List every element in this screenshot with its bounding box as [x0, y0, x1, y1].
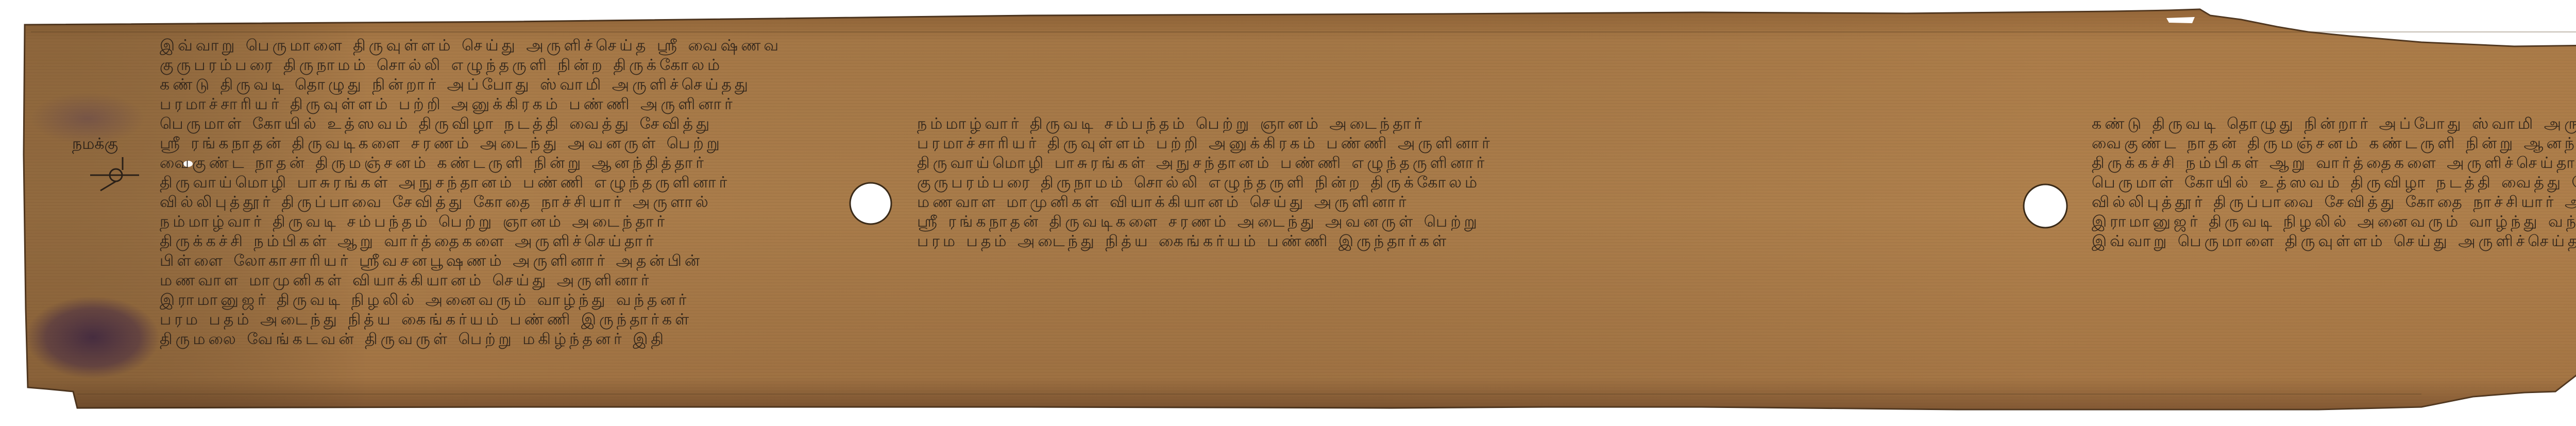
text-line: பரமாச்சாரியர் திருவுள்ளம் பற்றி அனுக்கிர…	[160, 95, 2576, 114]
text-line: இராமானுஜர் திருவடி நிழலில் அனைவரும் வாழ்…	[2092, 212, 2576, 232]
text-line: இராமானுஜர் திருவடி நிழலில் அனைவரும் வாழ்…	[160, 291, 2576, 310]
text-line: பரம பதம் அடைந்து நித்ய கைங்கர்யம் பண்ணி …	[917, 232, 1999, 251]
text-line: பெருமாள் கோயில் உத்ஸவம் திருவிழா நடத்தி …	[160, 114, 829, 134]
text-line: வில்லிபுத்தூர் திருப்பாவை சேவித்து கோதை …	[160, 193, 829, 212]
text-line: பரமாச்சாரியர் திருவுள்ளம் பற்றி அனுக்கிர…	[917, 134, 1999, 154]
binding-hole-right	[2024, 184, 2067, 228]
binding-hole-left	[850, 183, 891, 224]
text-line: குருபரம்பரை திருநாமம் சொல்லி எழுந்தருளி …	[160, 56, 2576, 75]
text-line: வைகுண்ட நாதன் திருமஞ்சனம் கண்டருளி நின்ற…	[160, 154, 829, 173]
text-line: பிள்ளை லோகாசாரியர் ஸ்ரீவசனபூஷணம் அருளினா…	[160, 251, 2576, 271]
text-line: நம்மாழ்வார் திருவடி சம்பந்தம் பெற்று ஞான…	[160, 212, 829, 232]
text-line: பரம பதம் அடைந்து நித்ய கைங்கர்யம் பண்ணி …	[160, 310, 2576, 330]
left-margin-note: நமக்கு	[72, 135, 118, 155]
text-line: நம்மாழ்வார் திருவடி சம்பந்தம் பெற்று ஞான…	[917, 114, 1999, 134]
text-line: திருவாய்மொழி பாசுரங்கள் அநுசந்தானம் பண்ண…	[160, 173, 829, 193]
text-line: வில்லிபுத்தூர் திருப்பாவை சேவித்து கோதை …	[2092, 193, 2576, 212]
text-line: வைகுண்ட நாதன் திருமஞ்சனம் கண்டருளி நின்ற…	[2092, 134, 2576, 154]
text-line: கண்டு திருவடி தொழுது நின்றார் அப்போது ஸ்…	[2092, 114, 2576, 134]
text-line: திருவாய்மொழி பாசுரங்கள் அநுசந்தானம் பண்ண…	[917, 154, 1999, 173]
manuscript-scan: இவ்வாறு பெருமாளை திருவுள்ளம் செய்து அருள…	[0, 0, 2576, 426]
text-line: திருக்கச்சி நம்பிகள் ஆறு வார்த்தைகளை அரு…	[160, 232, 829, 251]
text-line: பெருமாள் கோயில் உத்ஸவம் திருவிழா நடத்தி …	[2092, 173, 2576, 193]
text-line: மணவாள மாமுனிகள் வியாக்கியானம் செய்து அரு…	[917, 193, 1999, 212]
text-line: ஸ்ரீ ரங்கநாதன் திருவடிகளை சரணம் அடைந்து …	[917, 212, 1999, 232]
text-line: குருபரம்பரை திருநாமம் சொல்லி எழுந்தருளி …	[917, 173, 1999, 193]
text-line: மணவாள மாமுனிகள் வியாக்கியானம் செய்து அரு…	[160, 271, 2576, 291]
text-line: இவ்வாறு பெருமாளை திருவுள்ளம் செய்து அருள…	[2092, 232, 2576, 251]
text-line: திருக்கச்சி நம்பிகள் ஆறு வார்த்தைகளை அரு…	[2092, 154, 2576, 173]
text-line: திருமலை வேங்கடவன் திருவருள் பெற்று மகிழ்…	[160, 330, 2576, 349]
stain-lower	[26, 296, 160, 379]
text-line: இவ்வாறு பெருமாளை திருவுள்ளம் செய்து அருள…	[160, 36, 2576, 56]
text-line: கண்டு திருவடி தொழுது நின்றார் அப்போது ஸ்…	[160, 75, 2576, 95]
text-line: ஸ்ரீ ரங்கநாதன் திருவடிகளை சரணம் அடைந்து …	[160, 134, 829, 154]
